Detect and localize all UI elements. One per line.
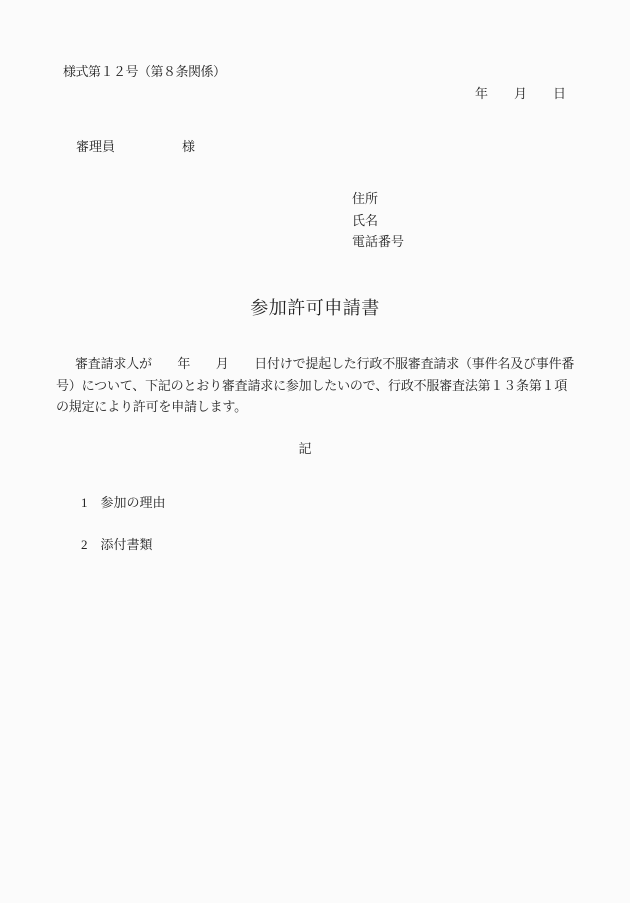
form-number-line: 様式第１２号（第８条関係） — [63, 65, 226, 78]
body-paragraph: 審査請求人が 年 月 日付けで提起した行政不服審査請求（事件名及び事件番 号）に… — [56, 357, 578, 422]
addressee-title: 審理員 — [76, 139, 115, 154]
item-2-label: 添付書類 — [101, 537, 153, 552]
phone-label: 電話番号 — [352, 235, 404, 257]
document-page: 様式第１２号（第８条関係） 年 月 日 審理員様 住所 氏名 電話番号 参加許可… — [0, 0, 630, 903]
name-label: 氏名 — [352, 214, 404, 236]
addressee-line: 審理員様 — [63, 127, 195, 166]
item-1-label: 参加の理由 — [101, 495, 166, 510]
body-line-1: 審査請求人が 年 月 日付けで提起した行政不服審査請求（事件名及び事件番 — [56, 357, 578, 379]
body-line-2: 号）について、下記のとおり審査請求に参加したいので、行政不服審査法第１３条第１項 — [56, 379, 578, 401]
sender-block: 住所 氏名 電話番号 — [352, 192, 404, 257]
item-1-number: 1 — [81, 495, 88, 510]
notation-ki: 記 — [45, 442, 565, 455]
body-line-3: の規定により許可を申請します。 — [56, 400, 578, 422]
addressee-honorific: 様 — [182, 139, 195, 154]
document-title: 参加許可申請書 — [0, 299, 630, 317]
list-item-1: 1参加の理由 — [68, 483, 166, 522]
item-2-number: 2 — [81, 537, 88, 552]
list-item-2: 2添付書類 — [68, 525, 153, 564]
address-label: 住所 — [352, 192, 404, 214]
date-line: 年 月 日 — [475, 87, 566, 100]
